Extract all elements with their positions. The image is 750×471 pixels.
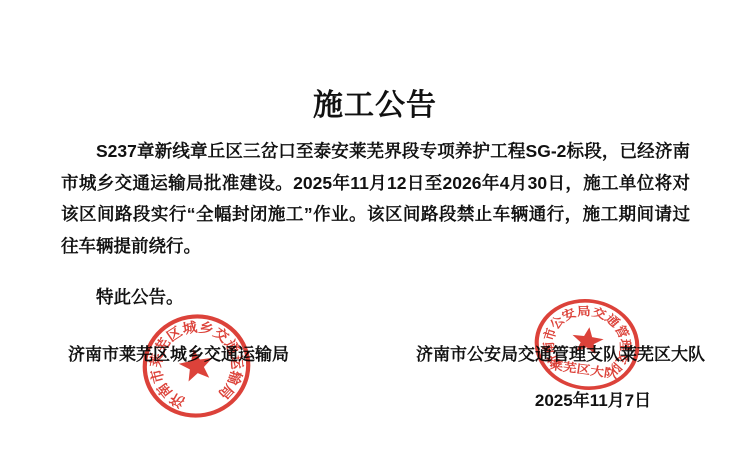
seal-ring-char: 输	[224, 368, 247, 388]
seal-ring-char: 市	[147, 367, 168, 385]
notice-closing: 特此公告。	[61, 284, 184, 309]
notice-document: 施工公告 S237章新线章丘区三岔口至泰安莱芜界段专项养护工程SG-2标段，已经…	[0, 0, 750, 471]
notice-date: 2025年11月7日	[528, 386, 658, 411]
seal-ring-char: 通	[602, 311, 623, 329]
seal-ring-char: 局	[215, 381, 238, 402]
seal-ring-char: 城	[181, 318, 199, 338]
seal-ring-char: 济	[166, 389, 188, 411]
seal-ring-char: 交	[590, 305, 608, 322]
seal-ring	[137, 308, 256, 423]
signature-right-org: 济南市公安局交通管理支队莱芜区大队	[416, 340, 705, 365]
notice-body: S237章新线章丘区三岔口至泰安莱芜界段专项养护工程SG-2标段，已经济南市城乡…	[61, 136, 690, 262]
seal-ring-char: 管	[612, 324, 632, 340]
seal-ring-char: 安	[559, 306, 579, 324]
seal-ring-char: 局	[576, 304, 591, 318]
notice-title: 施工公告	[0, 80, 750, 124]
official-seal-left-stamp: 济南市莱芜区城乡交通运输局	[131, 303, 261, 429]
seal-ring-char: 公	[547, 313, 568, 331]
seal-ring-char: 南	[153, 379, 176, 401]
seal-ring-char: 乡	[197, 318, 216, 338]
signature-left-org: 济南市莱芜区城乡交通运输局	[68, 340, 289, 365]
